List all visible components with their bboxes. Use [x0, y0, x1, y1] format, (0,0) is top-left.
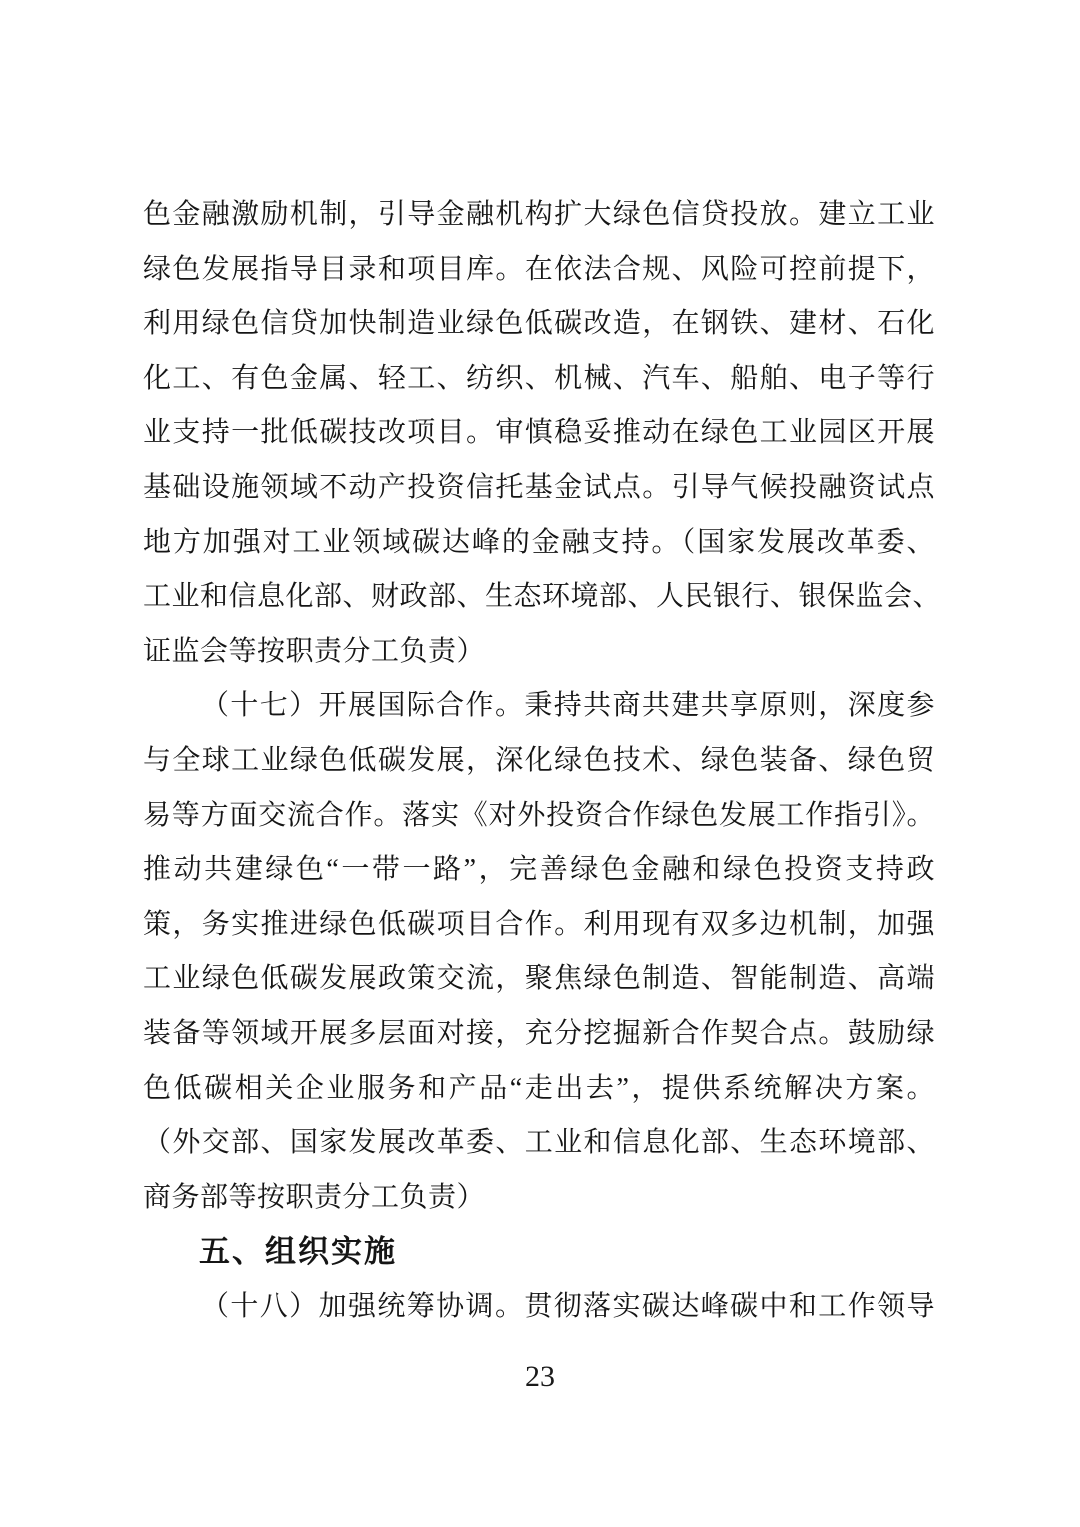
text-line: 地方加强对工业领域碳达峰的金融支持。（国家发展改革委、 [143, 516, 935, 571]
text-line: 业支持一批低碳技改项目。审慎稳妥推动在绿色工业园区开展 [143, 406, 935, 461]
text-line: 与全球工业绿色低碳发展，深化绿色技术、绿色装备、绿色贸 [143, 734, 935, 789]
paragraph-start-line-17: （十七）开展国际合作。秉持共商共建共享原则，深度参 [143, 679, 935, 734]
text-line: 化工、有色金属、轻工、纺织、机械、汽车、船舶、电子等行 [143, 352, 935, 407]
text-line: 策，务实推进绿色低碳项目合作。利用现有双多边机制，加强 [143, 898, 935, 953]
paragraph-end-line: 证监会等按职责分工负责） [143, 625, 935, 680]
text-line: 推动共建绿色“一带一路”，完善绿色金融和绿色投资支持政 [143, 843, 935, 898]
paragraph-start-line-18: （十八）加强统筹协调。贯彻落实碳达峰碳中和工作领导 [143, 1280, 935, 1335]
text-line: 利用绿色信贷加快制造业绿色低碳改造，在钢铁、建材、石化 [143, 297, 935, 352]
text-line: 易等方面交流合作。落实《对外投资合作绿色发展工作指引》。 [143, 789, 935, 844]
text-line: （外交部、国家发展改革委、工业和信息化部、生态环境部、 [143, 1116, 935, 1171]
document-page: 色金融激励机制，引导金融机构扩大绿色信贷投放。建立工业 绿色发展指导目录和项目库… [0, 0, 1080, 1527]
text-line: 工业绿色低碳发展政策交流，聚焦绿色制造、智能制造、高端 [143, 952, 935, 1007]
text-line: 色低碳相关企业服务和产品“走出去”，提供系统解决方案。 [143, 1062, 935, 1117]
text-line: 基础设施领域不动产投资信托基金试点。引导气候投融资试点 [143, 461, 935, 516]
text-line: 色金融激励机制，引导金融机构扩大绿色信贷投放。建立工业 [143, 188, 935, 243]
text-line: 装备等领域开展多层面对接，充分挖掘新合作契合点。鼓励绿 [143, 1007, 935, 1062]
paragraph-end-line: 商务部等按职责分工负责） [143, 1171, 935, 1226]
document-body: 色金融激励机制，引导金融机构扩大绿色信贷投放。建立工业 绿色发展指导目录和项目库… [143, 188, 935, 1334]
section-heading-5: 五、组织实施 [143, 1225, 935, 1280]
page-number: 23 [0, 1360, 1080, 1394]
text-line: 绿色发展指导目录和项目库。在依法合规、风险可控前提下， [143, 243, 935, 298]
text-line: 工业和信息化部、财政部、生态环境部、人民银行、银保监会、 [143, 570, 935, 625]
